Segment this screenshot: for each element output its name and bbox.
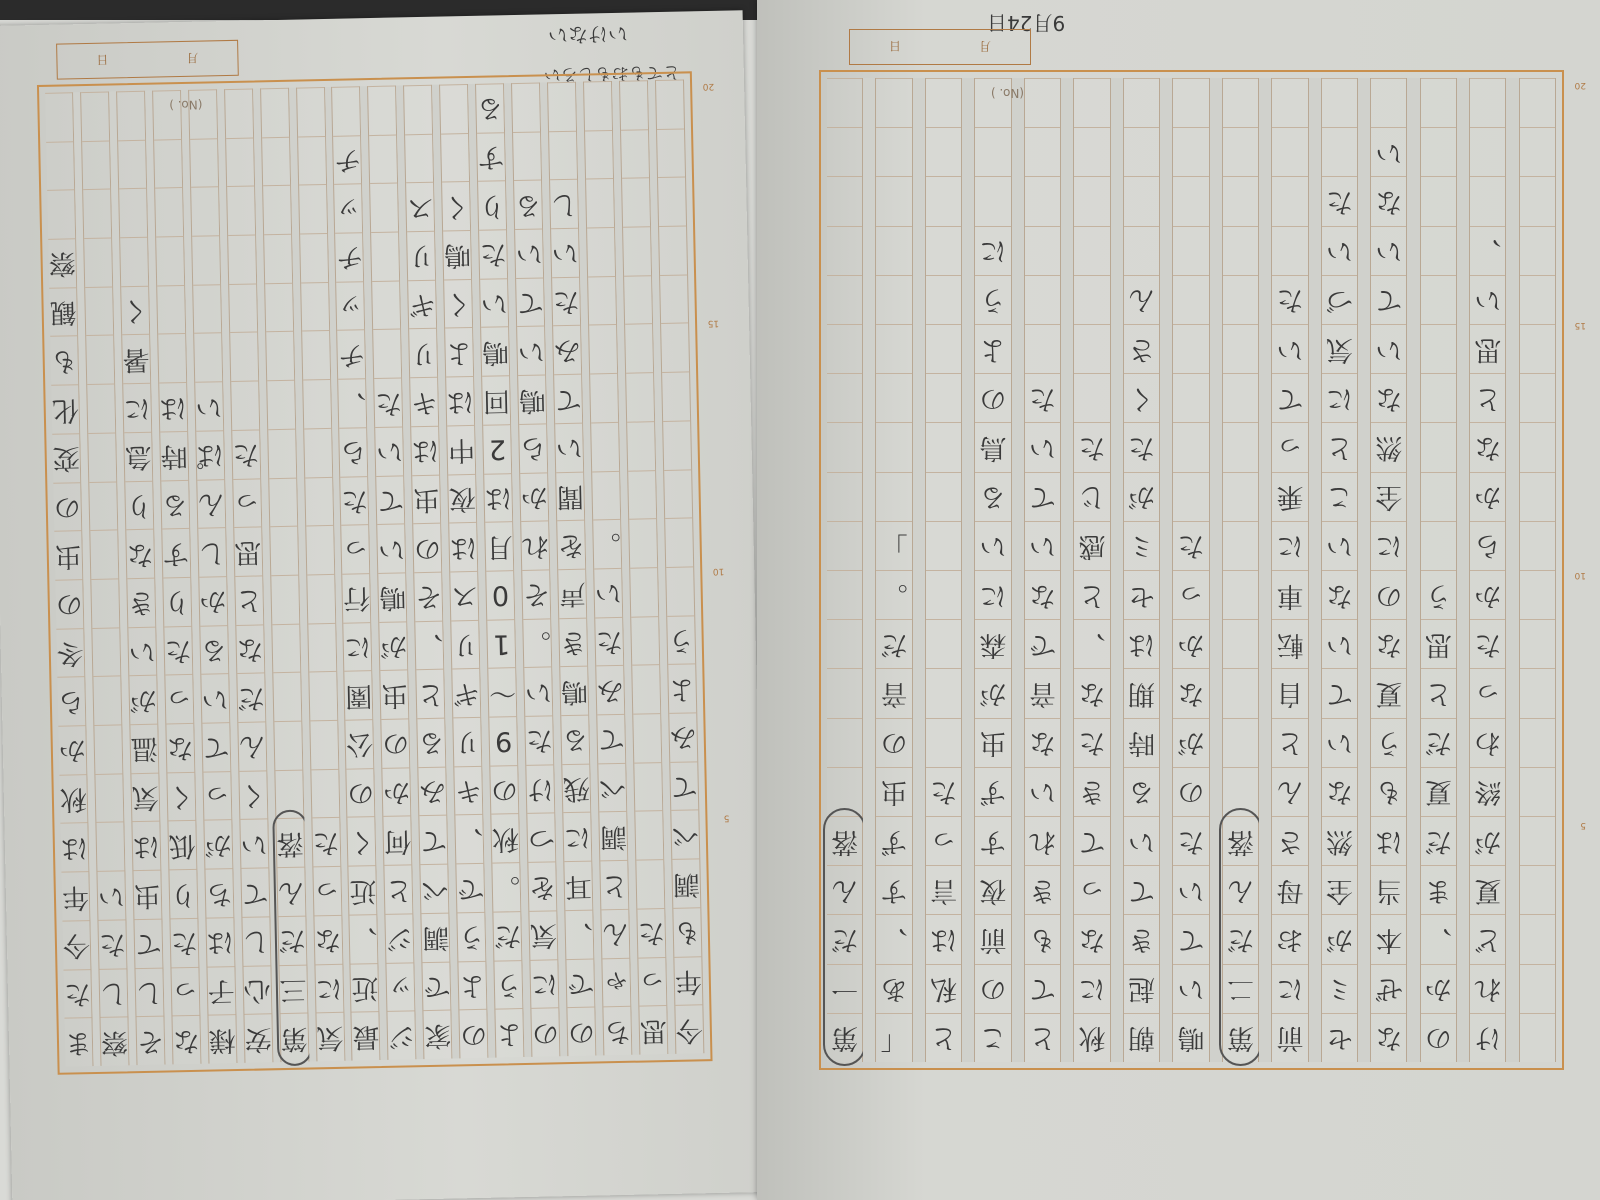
- grid-cell: が: [204, 820, 232, 869]
- circled-heading-mark: [823, 808, 866, 1066]
- grid-cell: [926, 668, 961, 717]
- grid-cell: [89, 481, 117, 530]
- grid-cell: [1173, 422, 1208, 471]
- grid-cell: [627, 421, 655, 470]
- grid-cell: [827, 718, 862, 767]
- grid-cell: [368, 85, 396, 134]
- grid-cell: 虫: [975, 718, 1010, 767]
- grid-cell: [120, 237, 148, 286]
- no-close: ): [991, 86, 996, 100]
- manuscript-column: と私は言った: [926, 78, 962, 1062]
- grid-cell: っ: [342, 524, 370, 573]
- grid-cell: は: [484, 473, 512, 522]
- grid-cell: ら: [519, 423, 547, 472]
- grid-cell: [585, 130, 613, 179]
- grid-cell: っ: [313, 866, 341, 915]
- grid-cell: 「: [876, 1013, 911, 1062]
- grid-cell: [1520, 422, 1555, 471]
- tick-15: 15: [708, 318, 720, 328]
- grid-cell: つ: [528, 813, 556, 862]
- grid-cell: [926, 570, 961, 619]
- grid-cell: 行: [343, 573, 371, 622]
- grid-cell: [1074, 176, 1109, 225]
- grid-cell: [267, 380, 295, 429]
- grid-cell: て: [554, 374, 582, 423]
- grid-cell: た: [170, 918, 198, 967]
- grid-cell: ゃ: [602, 957, 630, 1006]
- grid-cell: [548, 82, 576, 131]
- grid-cell: [269, 477, 297, 526]
- grid-cell: [587, 227, 615, 276]
- grid-cell: [1421, 472, 1456, 521]
- grid-cell: [82, 140, 110, 189]
- grid-cell: も: [50, 336, 78, 385]
- grid-cell: [1421, 176, 1456, 225]
- grid-cell: [589, 324, 617, 373]
- grid-cell: [1223, 373, 1258, 422]
- grid-cell: て: [1371, 275, 1406, 324]
- grid-cell: っ: [165, 674, 193, 723]
- grid-cell: 、: [339, 378, 367, 427]
- grid-cell: ら: [57, 677, 85, 726]
- grid-cell: う: [975, 275, 1010, 324]
- grid-cell: ス: [406, 182, 434, 231]
- grid-cell: 」: [876, 521, 911, 570]
- grid-cell: [311, 769, 339, 818]
- grid-cell: [404, 85, 432, 134]
- manuscript-column: 第一だん落: [827, 78, 863, 1062]
- grid-cell: 観: [49, 287, 77, 336]
- grid-cell: ぱ: [196, 430, 224, 479]
- left-manuscript-grid: また今年は秋から冬の虫の変化も観察察したいそして虫は気温がいきなり急に暑くなった…: [37, 71, 713, 1075]
- grid-cell: 母: [1272, 865, 1307, 914]
- grid-cell: と: [417, 669, 445, 718]
- grid-cell: 朝: [1124, 1013, 1159, 1062]
- grid-cell: ず: [876, 816, 911, 865]
- grid-cell: な: [1074, 668, 1109, 717]
- grid-cell: [1520, 570, 1555, 619]
- grid-cell: か: [520, 472, 548, 521]
- number-label: (No. ): [169, 98, 202, 113]
- grid-cell: [926, 275, 961, 324]
- grid-cell: 鳴: [443, 230, 471, 279]
- grid-cell: キ: [411, 377, 439, 426]
- grid-cell: か: [1173, 619, 1208, 668]
- grid-cell: [1470, 176, 1505, 225]
- grid-cell: た: [552, 276, 580, 325]
- grid-cell: す: [162, 528, 190, 577]
- grid-cell: 近: [351, 963, 379, 1012]
- grid-cell: が: [1322, 914, 1357, 963]
- grid-cell: [591, 422, 619, 471]
- grid-cell: [299, 184, 327, 233]
- grid-cell: [305, 476, 333, 525]
- grid-cell: い: [975, 521, 1010, 570]
- grid-cell: が: [1124, 472, 1159, 521]
- grid-cell: な: [126, 529, 154, 578]
- grid-cell: [1272, 226, 1307, 275]
- grid-cell: [1223, 570, 1258, 619]
- grid-cell: [262, 136, 290, 185]
- grid-cell: て: [1272, 373, 1307, 422]
- grid-cell: た: [637, 908, 665, 957]
- grid-cell: 転: [1272, 619, 1307, 668]
- grid-cell: [926, 422, 961, 471]
- grid-cell: [226, 137, 254, 186]
- grid-cell: に: [123, 383, 151, 432]
- grid-cell: [1124, 176, 1159, 225]
- grid-cell: [1520, 78, 1555, 127]
- grid-cell: 秋: [1074, 1013, 1109, 1062]
- grid-cell: [659, 226, 687, 275]
- grid-cell: セ: [1124, 570, 1159, 619]
- grid-cell: [1223, 668, 1258, 717]
- grid-cell: [271, 575, 299, 624]
- grid-cell: [636, 859, 664, 908]
- grid-cell: [827, 570, 862, 619]
- grid-cell: [1520, 127, 1555, 176]
- grid-cell: て: [134, 918, 162, 967]
- grid-cell: [227, 186, 255, 235]
- grid-cell: も: [1371, 767, 1406, 816]
- manuscript-column: 朝起きている時期はセミがたくさん: [1124, 78, 1160, 1062]
- grid-cell: は: [159, 382, 187, 431]
- grid-cell: 秋: [59, 774, 87, 823]
- grid-cell: で: [1025, 619, 1060, 668]
- grid-cell: [1173, 324, 1208, 373]
- grid-cell: 、: [1074, 619, 1109, 668]
- grid-cell: こ: [1322, 472, 1357, 521]
- grid-cell: [926, 521, 961, 570]
- manuscript-column: 前にお母さんと自転車に乗っていた: [1272, 78, 1308, 1062]
- tick-20: 20: [703, 81, 715, 91]
- grid-cell: 思: [234, 527, 262, 576]
- grid-cell: [1520, 521, 1555, 570]
- grid-cell: リ: [407, 231, 435, 280]
- grid-cell: [158, 333, 186, 382]
- grid-cell: 、: [350, 914, 378, 963]
- grid-cell: リ: [454, 717, 482, 766]
- grid-cell: れ: [1025, 816, 1060, 865]
- grid-cell: い: [1272, 324, 1307, 373]
- grid-cell: 虫: [413, 474, 441, 523]
- grid-cell: で: [457, 863, 485, 912]
- grid-cell: [662, 372, 690, 421]
- grid-cell: 言: [926, 865, 961, 914]
- grid-cell: い: [378, 524, 406, 573]
- grid-cell: な: [1371, 619, 1406, 668]
- grid-cell: [622, 178, 650, 227]
- grid-cell: [47, 190, 75, 239]
- grid-cell: て: [241, 868, 269, 917]
- grid-cell: と: [1421, 668, 1456, 717]
- grid-cell: [270, 526, 298, 575]
- grid-cell: [1272, 78, 1307, 127]
- grid-cell: [1173, 373, 1208, 422]
- grid-cell: き: [1025, 865, 1060, 914]
- grid-cell: の: [491, 765, 519, 814]
- grid-cell: る: [418, 718, 446, 767]
- grid-cell: い: [594, 568, 622, 617]
- manuscript-column: セミが全然ないていないことに気づいた: [1322, 78, 1358, 1062]
- grid-cell: り: [163, 577, 191, 626]
- grid-cell: で: [566, 958, 594, 1007]
- grid-cell: の: [414, 523, 442, 572]
- grid-cell: [1520, 718, 1555, 767]
- grid-cell: そ: [522, 569, 550, 618]
- grid-cell: ら: [1470, 521, 1505, 570]
- grid-cell: [1520, 176, 1555, 225]
- grid-cell: [81, 91, 109, 140]
- grid-cell: な: [236, 624, 264, 673]
- grid-cell: 、: [565, 909, 593, 958]
- grid-cell: [975, 127, 1010, 176]
- grid-cell: [1074, 226, 1109, 275]
- grid-cell: て: [1025, 964, 1060, 1013]
- grid-cell: た: [479, 229, 507, 278]
- grid-cell: て: [1124, 865, 1159, 914]
- grid-cell: た: [232, 429, 260, 478]
- grid-cell: い: [1371, 127, 1406, 176]
- grid-cell: 気: [1322, 324, 1357, 373]
- grid-cell: た: [926, 767, 961, 816]
- grid-cell: [374, 329, 402, 378]
- grid-cell: [272, 623, 300, 672]
- grid-cell: 聞: [556, 471, 584, 520]
- grid-cell: が: [129, 675, 157, 724]
- grid-cell: [91, 578, 119, 627]
- grid-cell: い: [240, 819, 268, 868]
- grid-cell: [1520, 619, 1555, 668]
- grid-cell: [90, 530, 118, 579]
- grid-cell: は: [446, 376, 474, 425]
- grid-cell: [310, 720, 338, 769]
- grid-cell: [309, 671, 337, 720]
- grid-cell: [1223, 521, 1258, 570]
- grid-cell: [657, 128, 685, 177]
- grid-cell: た: [98, 919, 126, 968]
- grid-cell: 園: [345, 671, 373, 720]
- grid-cell: っ: [926, 816, 961, 865]
- grid-cell: し: [99, 968, 127, 1017]
- grid-cell: 時: [160, 431, 188, 480]
- month-label: 月: [186, 50, 198, 67]
- grid-cell: ミ: [1124, 521, 1159, 570]
- grid-cell: の: [975, 373, 1010, 422]
- grid-cell: [84, 238, 112, 287]
- grid-cell: の: [55, 579, 83, 628]
- grid-cell: れ: [1470, 964, 1505, 1013]
- grid-cell: 当: [1371, 865, 1406, 914]
- grid-cell: [96, 822, 124, 871]
- grid-cell: リ: [452, 620, 480, 669]
- grid-cell: [1025, 324, 1060, 373]
- grid-cell: [1173, 78, 1208, 127]
- grid-cell: [83, 189, 111, 238]
- grid-cell: は: [1124, 619, 1159, 668]
- column-gutter: [863, 78, 876, 1062]
- grid-cell: は: [206, 917, 234, 966]
- grid-cell: 鳴: [518, 375, 546, 424]
- grid-cell: 。: [493, 862, 521, 911]
- grid-cell: [876, 78, 911, 127]
- grid-cell: た: [63, 969, 91, 1018]
- grid-cell: が: [380, 621, 408, 670]
- grid-cell: [92, 627, 120, 676]
- grid-cell: [273, 672, 301, 721]
- grid-cell: [827, 521, 862, 570]
- grid-cell: [1520, 472, 1555, 521]
- grid-cell: て: [597, 714, 625, 763]
- grid-cell: の: [975, 964, 1010, 1013]
- grid-cell: ジ: [388, 1011, 416, 1060]
- grid-cell: い: [1025, 422, 1060, 471]
- grid-cell: 虫: [381, 670, 409, 719]
- grid-cell: い: [524, 667, 552, 716]
- grid-cell: [1074, 127, 1109, 176]
- grid-cell: [1520, 226, 1555, 275]
- grid-cell: っ: [1173, 570, 1208, 619]
- grid-cell: セ: [1322, 1013, 1357, 1062]
- grid-cell: [1025, 78, 1060, 127]
- grid-cell: り: [125, 480, 153, 529]
- grid-cell: く: [444, 279, 472, 328]
- column-gutter: [1408, 78, 1421, 1062]
- grid-cell: を: [529, 862, 557, 911]
- grid-cell: き: [559, 617, 587, 666]
- grid-cell: い: [195, 381, 223, 430]
- grid-cell: 。: [523, 618, 551, 667]
- grid-cell: [876, 422, 911, 471]
- grid-cell: [1223, 176, 1258, 225]
- grid-cell: く: [442, 181, 470, 230]
- grid-cell: と: [600, 860, 628, 909]
- grid-cell: た: [595, 617, 623, 666]
- right-columns: 第一だん落「あ、すず虫の音だ。」と私は言ったこの前夜すず虫が森にいる鳥のようにと…: [827, 78, 1556, 1062]
- grid-cell: [1421, 324, 1456, 373]
- grid-cell: [827, 373, 862, 422]
- grid-cell: [926, 324, 961, 373]
- grid-cell: の: [568, 1007, 596, 1056]
- grid-cell: そ: [136, 1016, 164, 1065]
- row-ticks: 5 10 15 20: [1570, 70, 1586, 1070]
- grid-cell: 虫: [133, 870, 161, 919]
- grid-cell: べ: [598, 763, 626, 812]
- grid-cell: [1421, 422, 1456, 471]
- grid-cell: [926, 718, 961, 767]
- grid-cell: [827, 78, 862, 127]
- column-gutter: [1160, 78, 1173, 1062]
- manuscript-column: なぜ本当はもう夏なのに全然ないていない: [1371, 78, 1407, 1062]
- grid-cell: [268, 429, 296, 478]
- grid-cell: ん: [238, 721, 266, 770]
- grid-cell: [1223, 226, 1258, 275]
- grid-cell: 森: [975, 619, 1010, 668]
- grid-cell: [1074, 373, 1109, 422]
- grid-cell: い: [1025, 521, 1060, 570]
- day-label: 日: [96, 52, 108, 69]
- grid-cell: [1520, 816, 1555, 865]
- grid-cell: [549, 130, 577, 179]
- grid-cell: 心: [243, 965, 271, 1014]
- grid-cell: る: [476, 83, 504, 132]
- grid-cell: あ: [876, 964, 911, 1013]
- grid-cell: も: [1025, 914, 1060, 963]
- manuscript-column: 鳴いていたのがなかった: [1173, 78, 1209, 1062]
- grid-cell: 調: [672, 859, 700, 908]
- grid-cell: も: [673, 907, 701, 956]
- grid-cell: [876, 176, 911, 225]
- grid-cell: い: [128, 626, 156, 675]
- grid-cell: [88, 432, 116, 481]
- grid-cell: て: [1074, 816, 1109, 865]
- grid-cell: っ: [1074, 865, 1109, 914]
- grid-cell: な: [1025, 570, 1060, 619]
- grid-cell: い: [480, 278, 508, 327]
- grid-cell: 気: [530, 910, 558, 959]
- grid-cell: [300, 233, 328, 282]
- grid-cell: [624, 275, 652, 324]
- grid-cell: て: [1025, 472, 1060, 521]
- grid-cell: こ: [975, 1013, 1010, 1062]
- grid-cell: と: [926, 1013, 961, 1062]
- grid-cell: て: [202, 722, 230, 771]
- grid-cell: [117, 91, 145, 140]
- grid-cell: に: [315, 963, 343, 1012]
- grid-cell: ん: [197, 479, 225, 528]
- grid-cell: っ: [233, 478, 261, 527]
- grid-cell: [1371, 78, 1406, 127]
- grid-cell: 虫: [54, 530, 82, 579]
- grid-cell: [1520, 767, 1555, 816]
- grid-cell: [86, 335, 114, 384]
- grid-cell: だ: [1421, 718, 1456, 767]
- grid-cell: [1223, 324, 1258, 373]
- grid-cell: る: [561, 715, 589, 764]
- grid-cell: ち: [603, 1006, 631, 1055]
- grid-cell: [635, 811, 663, 860]
- grid-cell: る: [514, 180, 542, 229]
- grid-cell: [1223, 619, 1258, 668]
- grid-cell: 全: [1322, 865, 1357, 914]
- tick-20: 20: [1575, 80, 1586, 90]
- grid-cell: な: [314, 915, 342, 964]
- grid-cell: な: [1322, 570, 1357, 619]
- grid-cell: キ: [455, 766, 483, 815]
- grid-cell: な: [1371, 1013, 1406, 1062]
- grid-cell: 近: [349, 865, 377, 914]
- grid-cell: と: [1470, 373, 1505, 422]
- grid-cell: [592, 470, 620, 519]
- grid-cell: た: [341, 476, 369, 525]
- grid-cell: は: [412, 426, 440, 475]
- grid-cell: [1520, 865, 1555, 914]
- manuscript-column: のか、まだ夏だと思う: [1421, 78, 1457, 1062]
- grid-cell: お: [1272, 914, 1307, 963]
- column-gutter: [962, 78, 975, 1062]
- grid-cell: だ: [237, 673, 265, 722]
- grid-cell: [1421, 275, 1456, 324]
- grid-cell: っ: [1272, 422, 1307, 471]
- grid-cell: ッ: [387, 962, 415, 1011]
- grid-cell: [194, 333, 222, 382]
- grid-cell: 0: [486, 570, 514, 619]
- grid-cell: [1470, 78, 1505, 127]
- grid-cell: た: [1173, 521, 1208, 570]
- grid-cell: ち: [205, 868, 233, 917]
- grid-cell: 子: [207, 966, 235, 1015]
- grid-cell: ッ: [335, 184, 363, 233]
